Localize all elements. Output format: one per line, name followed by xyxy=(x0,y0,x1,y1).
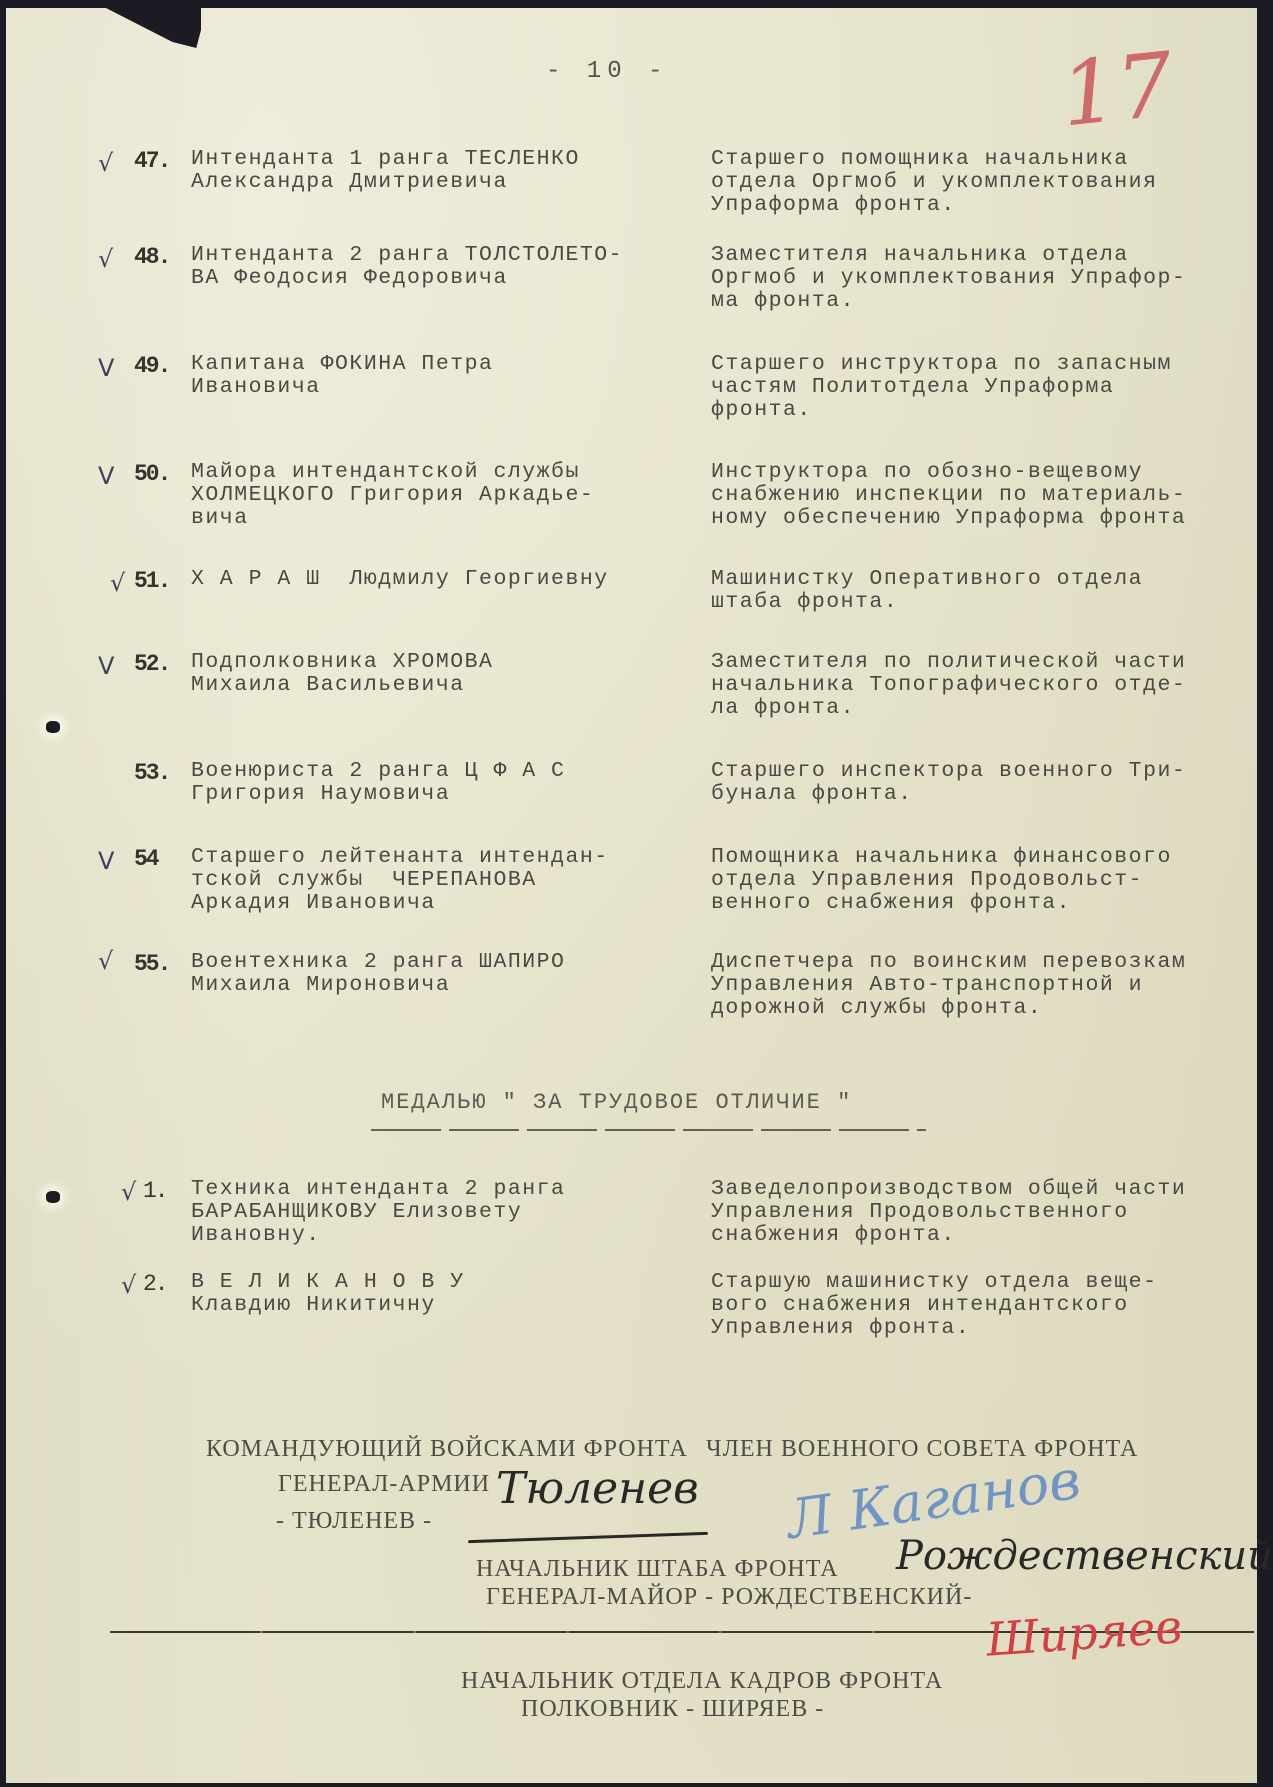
check-mark-icon: V xyxy=(98,847,114,875)
check-mark-icon: V xyxy=(98,652,114,680)
entry-number: 51. xyxy=(134,568,169,594)
entry-number: 2. xyxy=(143,1271,167,1297)
recipient-name: Техника интенданта 2 ранга БАРАБАНЩИКОВУ… xyxy=(191,1178,681,1247)
check-mark-icon: √ xyxy=(98,245,113,273)
entry-number: 52. xyxy=(134,651,169,677)
recipient-name: Подполковника ХРОМОВА Михаила Васильевич… xyxy=(191,651,681,697)
punch-hole-bottom xyxy=(46,1191,60,1203)
recipient-name: Старшего лейтенанта интендан- тской служ… xyxy=(191,846,681,915)
entry-number: 53. xyxy=(134,760,169,786)
recipient-name: Майора интендантской службы ХОЛМЕЦКОГО Г… xyxy=(191,461,681,530)
recipient-name: Воентехника 2 ранга ШАПИРО Михаила Мирон… xyxy=(191,951,681,997)
entry-number: 48. xyxy=(134,244,169,270)
recipient-position: Диспетчера по воинским перевозкам Управл… xyxy=(711,951,1271,1020)
check-mark-icon: V xyxy=(98,462,114,490)
recipient-position: Старшего инструктора по запасным частям … xyxy=(711,353,1271,422)
recipient-position: Старшую машинистку отдела веще- вого сна… xyxy=(711,1271,1271,1340)
chief-of-staff-rank-name: ГЕНЕРАЛ-МАЙОР - РОЖДЕСТВЕНСКИЙ- xyxy=(486,1584,972,1611)
personnel-chief-rank-name: ПОЛКОВНИК - ШИРЯЕВ - xyxy=(521,1696,824,1723)
recipient-name: Военюриста 2 ранга Ц Ф А С Григория Наум… xyxy=(191,760,681,806)
entry-number: 54 xyxy=(134,846,158,872)
check-mark-icon: V xyxy=(98,354,114,382)
entry-number: 49. xyxy=(134,353,169,379)
check-mark-icon: √ xyxy=(121,1178,136,1206)
entry-number: 47. xyxy=(134,148,169,174)
page-number: - 10 - xyxy=(546,58,668,85)
document-page: - 10 - 17 √ 47. Интенданта 1 ранга ТЕСЛЕ… xyxy=(6,8,1257,1783)
entry-number: 1. xyxy=(143,1178,167,1204)
recipient-name: Х А Р А Ш Людмилу Георгиевну xyxy=(191,568,681,591)
entry-number: 55. xyxy=(134,951,169,977)
check-mark-icon: √ xyxy=(121,1271,136,1299)
personnel-chief-title: НАЧАЛЬНИК ОТДЕЛА КАДРОВ ФРОНТА xyxy=(461,1668,943,1695)
check-mark-icon: √ xyxy=(98,947,113,975)
recipient-position: Старшего помощника начальника отдела Орг… xyxy=(711,148,1271,217)
medal-section-title: МЕДАЛЬЮ " ЗА ТРУДОВОЕ ОТЛИЧИЕ " xyxy=(381,1090,852,1115)
commander-rank: ГЕНЕРАЛ-АРМИИ xyxy=(278,1471,490,1498)
red-pencil-mark: 17 xyxy=(1056,32,1178,146)
recipient-position: Инструктора по обозно-вещевому снабжению… xyxy=(711,461,1271,530)
chief-of-staff-signature: Рождественский xyxy=(896,1533,1273,1579)
section-underline xyxy=(371,1129,926,1131)
recipient-name: В Е Л И К А Н О В У Клавдию Никитичну xyxy=(191,1271,681,1317)
recipient-position: Старшего инспектора военного Три- бунала… xyxy=(711,760,1271,806)
punch-hole-top xyxy=(46,721,60,733)
check-mark-icon: √ xyxy=(110,569,125,597)
chief-of-staff-title: НАЧАЛЬНИК ШТАБА ФРОНТА xyxy=(476,1556,839,1583)
torn-corner xyxy=(106,8,201,48)
check-mark-icon: √ xyxy=(98,149,113,177)
entry-number: 50. xyxy=(134,461,169,487)
personnel-chief-signature: Ширяев xyxy=(984,1599,1183,1667)
recipient-position: Заведелопроизводством общей части Управл… xyxy=(711,1178,1271,1247)
recipient-position: Помощника начальника финансового отдела … xyxy=(711,846,1271,915)
signature-flourish xyxy=(468,1532,708,1543)
recipient-name: Капитана ФОКИНА Петра Ивановича xyxy=(191,353,681,399)
commander-signature: Тюленев xyxy=(496,1463,699,1514)
recipient-name: Интенданта 1 ранга ТЕСЛЕНКО Александра Д… xyxy=(191,148,681,194)
recipient-position: Заместителя начальника отдела Оргмоб и у… xyxy=(711,244,1271,313)
commander-title: КОМАНДУЮЩИЙ ВОЙСКАМИ ФРОНТА xyxy=(206,1436,688,1463)
recipient-position: Машинистку Оперативного отдела штаба фро… xyxy=(711,568,1271,614)
recipient-name: Интенданта 2 ранга ТОЛСТОЛЕТО- ВА Феодос… xyxy=(191,244,681,290)
recipient-position: Заместителя по политической части началь… xyxy=(711,651,1271,720)
commander-name: - ТЮЛЕНЕВ - xyxy=(276,1508,432,1535)
